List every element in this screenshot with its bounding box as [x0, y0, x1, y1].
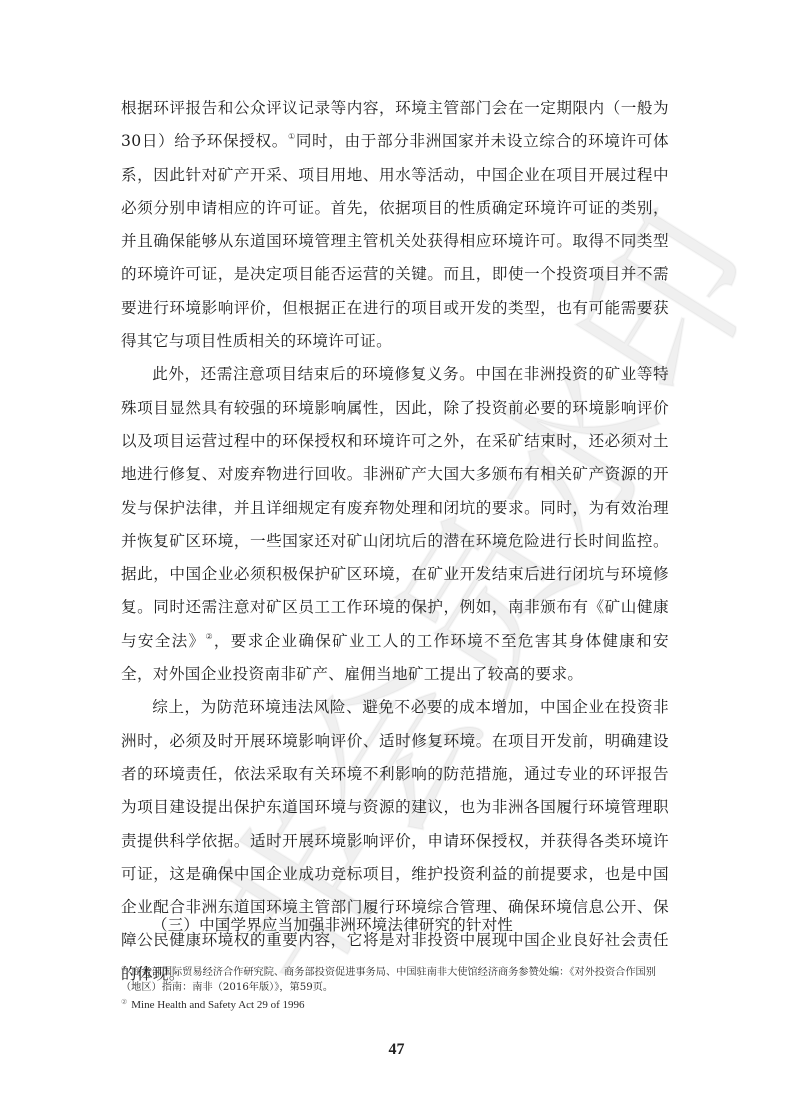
- paragraph-1: 根据环评报告和公众评议记录等内容，环境主管部门会在一定期限内（一般为30日）给予…: [121, 92, 669, 358]
- paragraph-text: 同时，由于部分非洲国家并未设立综合的环境许可体系，因此针对矿产开采、项目用地、用…: [121, 132, 669, 350]
- footnote-mark: ①: [121, 965, 127, 973]
- footnote-reference-1[interactable]: ①: [288, 132, 296, 141]
- footnote-text: Mine Health and Safety Act 29 of 1996: [131, 999, 304, 1011]
- footnote-text: 商务部国际贸易经济合作研究院、商务部投资促进事务局、中国驻南非大使馆经济商务参赞…: [121, 967, 656, 993]
- footnote-2: ②Mine Health and Safety Act 29 of 1996: [121, 995, 673, 1013]
- footnotes: ①商务部国际贸易经济合作研究院、商务部投资促进事务局、中国驻南非大使馆经济商务参…: [121, 962, 673, 1013]
- body-text: 根据环评报告和公众评议记录等内容，环境主管部门会在一定期限内（一般为30日）给予…: [121, 92, 669, 991]
- document-page: 非会员水印 根据环评报告和公众评议记录等内容，环境主管部门会在一定期限内（一般为…: [0, 0, 793, 1114]
- paragraph-3: 综上，为防范环境违法风险、避免不必要的成本增加，中国企业在投资非洲时，必须及时开…: [121, 691, 669, 991]
- paragraph-text: 此外，还需注意项目结束后的环境修复义务。中国在非洲投资的矿业等特殊项目显然具有较…: [121, 365, 669, 649]
- paragraph-text: 综上，为防范环境违法风险、避免不必要的成本增加，中国企业在投资非洲时，必须及时开…: [121, 698, 669, 982]
- footnote-mark: ②: [121, 998, 127, 1006]
- footnote-1: ①商务部国际贸易经济合作研究院、商务部投资促进事务局、中国驻南非大使馆经济商务参…: [121, 962, 673, 995]
- paragraph-2: 此外，还需注意项目结束后的环境修复义务。中国在非洲投资的矿业等特殊项目显然具有较…: [121, 358, 669, 691]
- footnote-reference-2[interactable]: ②: [205, 632, 213, 641]
- section-heading: （三）中国学界应当加强非洲环境法律研究的针对性: [152, 914, 513, 936]
- page-number: 47: [0, 1041, 793, 1059]
